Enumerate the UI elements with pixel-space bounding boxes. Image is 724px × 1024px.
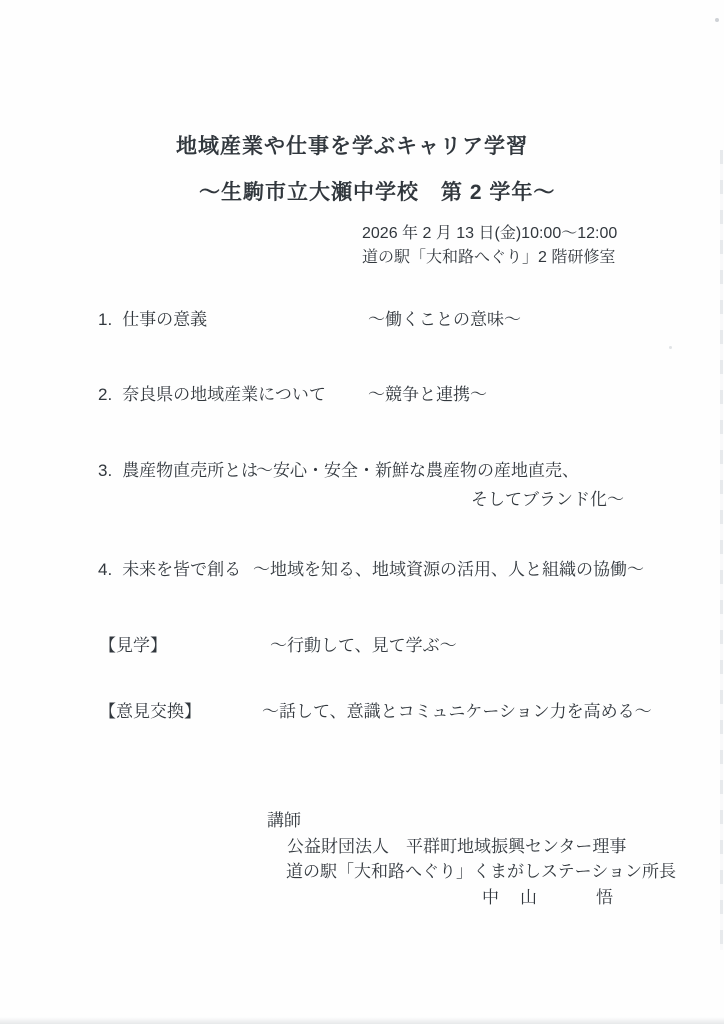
event-venue: 道の駅「大和路へぐり」2 階研修室 — [362, 246, 617, 270]
agenda-item-2: 2.奈良県の地域産業について — [98, 380, 326, 405]
scan-edge-right-artifact — [720, 150, 723, 950]
agenda-item-4-number: 4. — [98, 560, 112, 580]
agenda-item-2-topic: 奈良県の地域産業について — [122, 385, 326, 404]
lecturer-org-title-1: 公益財団法人 平群町地域振興センター理事 — [287, 832, 626, 857]
lecturer-name: 中 山 悟 — [482, 883, 615, 908]
event-datetime: 2026 年 2 月 13 日(金)10:00～12:00 — [362, 222, 617, 246]
lecturer-heading: 講師 — [267, 806, 301, 831]
agenda-item-1: 1.仕事の意義 — [98, 305, 207, 330]
document-title: 地域産業や仕事を学ぶキャリア学習 — [176, 130, 528, 160]
scan-speck — [715, 18, 719, 22]
document-subtitle: ～生駒市立大瀬中学校 第 2 学年～ — [199, 176, 555, 206]
agenda-item-4-theme: ～地域を知る、地域資源の活用、人と組織の協働～ — [253, 555, 644, 580]
agenda-item-3-theme-line2: そしてブランド化～ — [471, 485, 624, 510]
agenda-item-3-theme: ～安心・安全・新鮮な農産物の産地直売、 — [256, 456, 579, 481]
event-meta: 2026 年 2 月 13 日(金)10:00～12:00 道の駅「大和路へぐり… — [362, 222, 617, 270]
agenda-item-1-theme: ～働くことの意味～ — [368, 305, 521, 330]
agenda-item-3: 3.農産物直売所とは — [98, 456, 258, 481]
agenda-item-3-number: 3. — [98, 461, 112, 481]
agenda-item-1-topic: 仕事の意義 — [122, 310, 207, 329]
agenda-item-4-topic: 未来を皆で創る — [122, 560, 241, 579]
agenda-item-2-number: 2. — [98, 385, 112, 405]
activity-tour-theme: ～行動して、見て学ぶ～ — [270, 631, 457, 656]
scan-edge-bottom-artifact — [0, 1017, 724, 1024]
agenda-item-4: 4.未来を皆で創る — [98, 555, 241, 580]
activity-discussion-theme: ～話して、意識とコミュニケーション力を高める～ — [262, 697, 652, 722]
scan-speck — [669, 346, 672, 349]
agenda-item-2-theme: ～競争と連携～ — [368, 380, 487, 405]
agenda-item-1-number: 1. — [98, 310, 112, 330]
scan-speck — [349, 577, 351, 579]
activity-tour-label: 【見学】 — [99, 631, 167, 656]
agenda-item-3-topic: 農産物直売所とは — [122, 461, 258, 480]
lecturer-org-title-2: 道の駅「大和路へぐり」くまがしステーション所長 — [286, 857, 676, 882]
activity-discussion-label: 【意見交換】 — [99, 697, 201, 722]
scanned-document-page: 地域産業や仕事を学ぶキャリア学習 ～生駒市立大瀬中学校 第 2 学年～ 2026… — [0, 0, 724, 1024]
